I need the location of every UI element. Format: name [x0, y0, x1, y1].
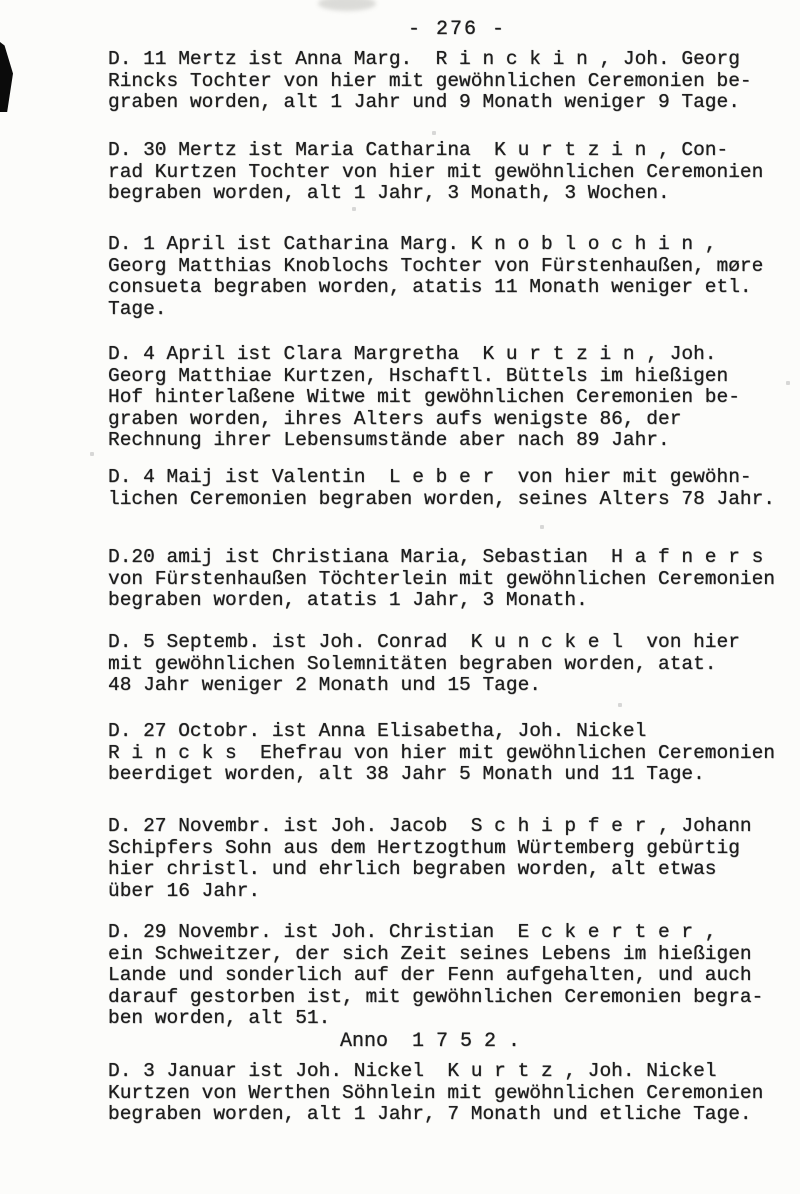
scan-artifact-smudge — [318, 0, 376, 11]
burial-entry: D. 1 April ist Catharina Marg. K n o b l… — [108, 234, 796, 320]
burial-entry: D. 3 Januar ist Joh. Nickel K u r t z , … — [108, 1061, 796, 1126]
burial-entry: D. 30 Mertz ist Maria Catharina K u r t … — [108, 140, 796, 205]
burial-entry: D. 11 Mertz ist Anna Marg. R i n c k i n… — [108, 49, 796, 114]
burial-entry: D. 27 Octobr. ist Anna Elisabetha, Joh. … — [108, 721, 796, 786]
scan-noise-speck — [90, 452, 94, 456]
year-section-heading: Anno 1 7 5 2 . — [340, 1031, 520, 1053]
scan-artifact-corner-mark — [0, 42, 13, 112]
burial-entry: D. 5 Septemb. ist Joh. Conrad K u n c k … — [108, 632, 796, 697]
burial-entry: D. 27 Novembr. ist Joh. Jacob S c h i p … — [108, 816, 796, 902]
scan-noise-speck — [432, 131, 436, 135]
scan-noise-speck — [618, 703, 622, 707]
burial-entry: D. 4 April ist Clara Margretha K u r t z… — [108, 344, 796, 452]
scanned-register-page: - 276 - D. 11 Mertz ist Anna Marg. R i n… — [0, 0, 800, 1194]
scan-noise-speck — [352, 207, 356, 211]
burial-entry: D. 29 Novembr. ist Joh. Christian E c k … — [108, 922, 796, 1030]
page-number: - 276 - — [408, 19, 506, 41]
scan-noise-speck — [540, 525, 544, 529]
burial-entry: D. 4 Maij ist Valentin L e b e r von hie… — [108, 467, 796, 510]
burial-entry: D.20 amij ist Christiana Maria, Sebastia… — [108, 547, 796, 612]
